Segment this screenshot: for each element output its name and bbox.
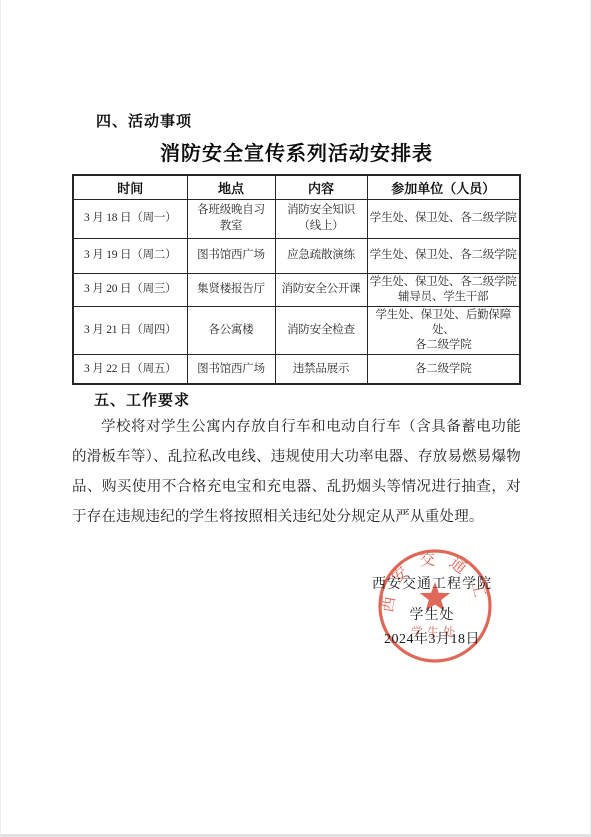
cell-content: 消防安全检查 <box>275 306 367 355</box>
signature-org: 西安交通工程学院 <box>332 573 532 593</box>
cell-participants: 各二级学院 <box>367 355 520 384</box>
cell-participants: 学生处、保卫处、各二级学院 <box>367 199 520 238</box>
cell-place: 各公寓楼 <box>187 306 275 355</box>
cell-time: 3 月 18 日（周一） <box>73 199 187 238</box>
cell-content: 违禁品展示 <box>275 355 367 384</box>
cell-time: 3 月 22 日（周五） <box>73 355 187 384</box>
activity-schedule-table: 时间 地点 内容 参加单位（人员） 3 月 18 日（周一） 各班级晚自习 教室… <box>72 174 521 385</box>
section-heading-activities: 四、活动事项 <box>96 110 192 131</box>
table-title: 消防安全宣传系列活动安排表 <box>1 137 591 166</box>
requirements-paragraph: 学校将对学生公寓内存放自行车和电动自行车（含具备蓄电功能的滑板车等）、乱拉私改电… <box>72 412 521 532</box>
cell-participants: 学生处、保卫处、各二级学院 <box>367 238 520 273</box>
cell-participants: 学生处、保卫处、各二级学院 辅导员、学生干部 <box>367 273 520 306</box>
cell-place: 图书馆西广场 <box>187 238 275 273</box>
cell-place: 各班级晚自习 教室 <box>187 199 275 238</box>
col-header-participants: 参加单位（人员） <box>367 175 520 199</box>
table-row: 3 月 19 日（周二） 图书馆西广场 应急疏散演练 学生处、保卫处、各二级学院 <box>73 238 520 273</box>
signature-dept: 学生处 <box>332 604 532 624</box>
section-heading-requirements: 五、工作要求 <box>94 389 190 410</box>
cell-place: 集贤楼报告厅 <box>187 273 275 306</box>
cell-content: 应急疏散演练 <box>275 238 367 273</box>
cell-time: 3 月 20 日（周三） <box>73 273 187 306</box>
cell-participants: 学生处、保卫处、后勤保障处、 各二级学院 <box>367 306 520 355</box>
cell-time: 3 月 19 日（周二） <box>73 238 187 273</box>
table-row: 3 月 18 日（周一） 各班级晚自习 教室 消防安全知识 （线上） 学生处、保… <box>73 199 520 238</box>
col-header-content: 内容 <box>275 175 367 199</box>
cell-time: 3 月 21 日（周四） <box>73 306 187 355</box>
table-row: 3 月 20 日（周三） 集贤楼报告厅 消防安全公开课 学生处、保卫处、各二级学… <box>73 273 520 306</box>
table-row: 3 月 22 日（周五） 图书馆西广场 违禁品展示 各二级学院 <box>73 355 520 384</box>
col-header-place: 地点 <box>187 175 275 199</box>
cell-content: 消防安全公开课 <box>275 273 367 306</box>
table-header-row: 时间 地点 内容 参加单位（人员） <box>73 175 520 199</box>
document-page: 四、活动事项 消防安全宣传系列活动安排表 时间 地点 内容 参加单位（人员） 3… <box>0 0 591 837</box>
table-row: 3 月 21 日（周四） 各公寓楼 消防安全检查 学生处、保卫处、后勤保障处、 … <box>73 306 520 355</box>
cell-content: 消防安全知识 （线上） <box>275 199 367 238</box>
cell-place: 图书馆西广场 <box>187 355 275 384</box>
col-header-time: 时间 <box>73 175 187 199</box>
signature-date: 2024年3月18日 <box>332 628 532 648</box>
